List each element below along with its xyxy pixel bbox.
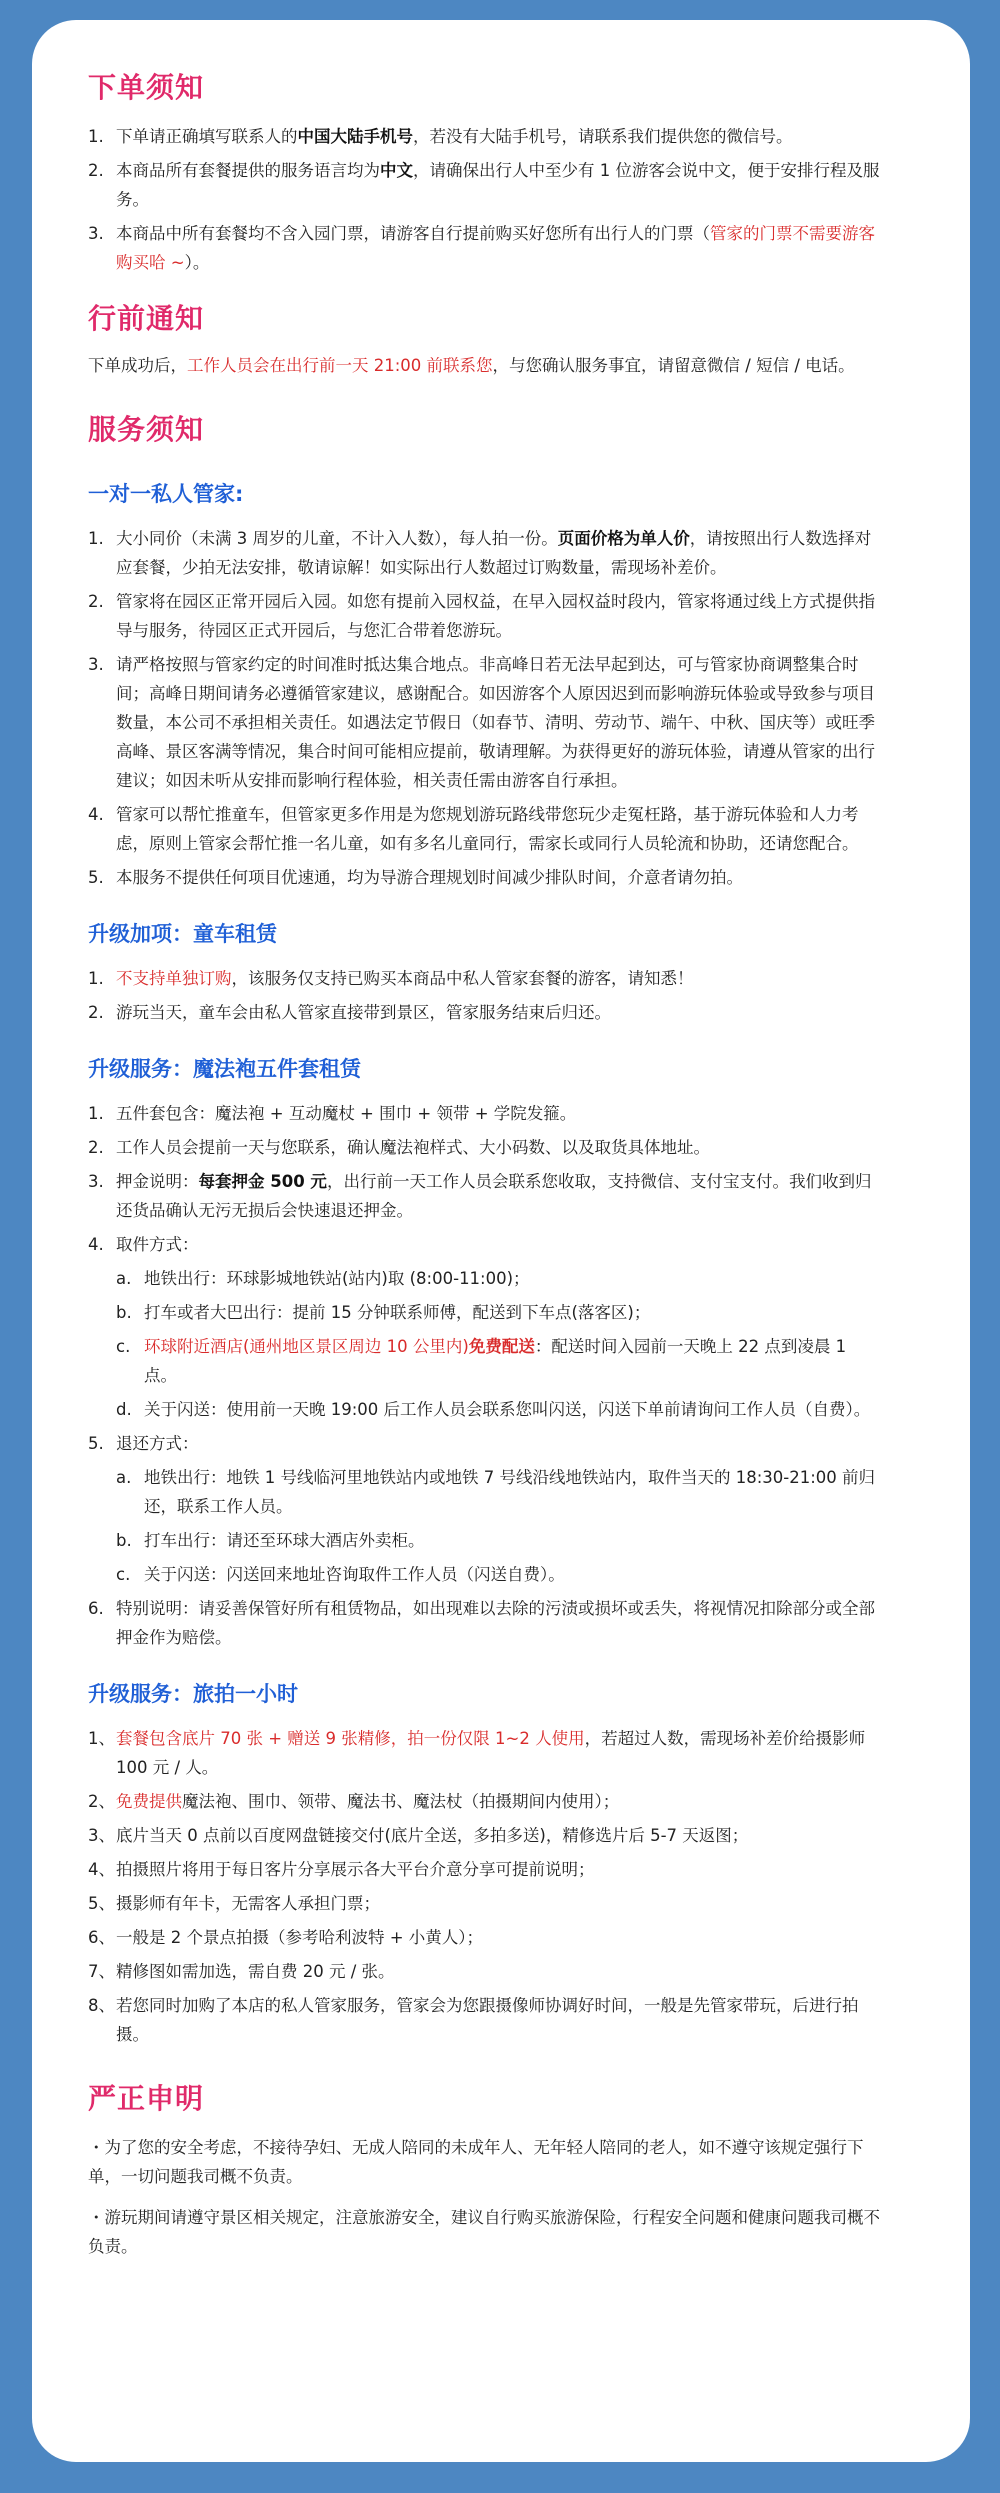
list-item: 1. 不支持单独订购，该服务仅支持已购买本商品中私人管家套餐的游客，请知悉！ bbox=[88, 964, 882, 993]
list-item: 1.五件套包含：魔法袍 + 互动魔杖 + 围巾 + 领带 + 学院发箍。 bbox=[88, 1099, 882, 1128]
list-item: 4、拍摄照片将用于每日客片分享展示各大平台介意分享可提前说明； bbox=[88, 1855, 882, 1884]
list-item: 4.取件方式： bbox=[88, 1230, 882, 1259]
sub-list-item: b.打车或者大巴出行：提前 15 分钟联系师傅，配送到下车点(落客区)； bbox=[88, 1298, 882, 1327]
photo-title: 升级服务：旅拍一小时 bbox=[88, 1678, 882, 1710]
list-item: 1、套餐包含底片 70 张 + 赠送 9 张精修，拍一份仅限 1~2 人使用，若… bbox=[88, 1724, 882, 1782]
robe-section: 升级服务：魔法袍五件套租赁 1.五件套包含：魔法袍 + 互动魔杖 + 围巾 + … bbox=[88, 1053, 882, 1652]
list-item: 3. 本商品中所有套餐均不含入园门票，请游客自行提前购买好您所有出行人的门票（管… bbox=[88, 219, 882, 277]
sub-list-item: d.关于闪送：使用前一天晚 19:00 后工作人员会联系您叫闪送，闪送下单前请询… bbox=[88, 1395, 882, 1424]
pre-trip-text: 下单成功后，工作人员会在出行前一天 21:00 前联系您，与您确认服务事宜，请留… bbox=[88, 351, 882, 380]
list-item: 1. 大小同价（未满 3 周岁的儿童，不计入人数），每人拍一份。页面价格为单人价… bbox=[88, 524, 882, 582]
photo-section: 升级服务：旅拍一小时 1、套餐包含底片 70 张 + 赠送 9 张精修，拍一份仅… bbox=[88, 1678, 882, 2049]
order-notice-title: 下单须知 bbox=[88, 68, 882, 108]
list-item: 8、若您同时加购了本店的私人管家服务，管家会为您跟摄像师协调好时间，一般是先管家… bbox=[88, 1991, 882, 2049]
list-item: 3. 请严格按照与管家约定的时间准时抵达集合地点。非高峰日若无法早起到达，可与管… bbox=[88, 650, 882, 795]
statement-item: ・游玩期间请遵守景区相关规定，注意旅游安全，建议自行购买旅游保险，行程安全问题和… bbox=[88, 2203, 882, 2261]
stroller-section: 升级加项：童车租赁 1. 不支持单独订购，该服务仅支持已购买本商品中私人管家套餐… bbox=[88, 918, 882, 1027]
list-item: 5.退还方式： bbox=[88, 1429, 882, 1458]
statement-section: 严正申明 ・为了您的安全考虑，不接待孕妇、无成人陪同的未成年人、无年轻人陪同的老… bbox=[88, 2079, 882, 2261]
list-item: 2. 管家将在园区正常开园后入园。如您有提前入园权益，在早入园权益时段内，管家将… bbox=[88, 587, 882, 645]
list-item: 4. 管家可以帮忙推童车，但管家更多作用是为您规划游玩路线带您玩少走冤枉路，基于… bbox=[88, 800, 882, 858]
sub-list-item: c.环球附近酒店(通州地区景区周边 10 公里内)免费配送：配送时间入园前一天晚… bbox=[88, 1332, 882, 1390]
statement-item: ・为了您的安全考虑，不接待孕妇、无成人陪同的未成年人、无年轻人陪同的老人，如不遵… bbox=[88, 2133, 882, 2191]
list-item: 1. 下单请正确填写联系人的中国大陆手机号，若没有大陆手机号，请联系我们提供您的… bbox=[88, 122, 882, 151]
stroller-title: 升级加项：童车租赁 bbox=[88, 918, 882, 950]
robe-title: 升级服务：魔法袍五件套租赁 bbox=[88, 1053, 882, 1085]
pre-trip-section: 行前通知 下单成功后，工作人员会在出行前一天 21:00 前联系您，与您确认服务… bbox=[88, 299, 882, 380]
sub-list-item: a.地铁出行：环球影城地铁站(站内)取 (8:00-11:00)； bbox=[88, 1264, 882, 1293]
service-notice-title: 服务须知 bbox=[88, 410, 882, 450]
list-item: 2、免费提供魔法袍、围巾、领带、魔法书、魔法杖（拍摄期间内使用）； bbox=[88, 1787, 882, 1816]
sub-list-item: a.地铁出行：地铁 1 号线临河里地铁站内或地铁 7 号线沿线地铁站内，取件当天… bbox=[88, 1463, 882, 1521]
statement-title: 严正申明 bbox=[88, 2079, 882, 2119]
pre-trip-title: 行前通知 bbox=[88, 299, 882, 339]
list-item: 6、一般是 2 个景点拍摄（参考哈利波特 + 小黄人）； bbox=[88, 1923, 882, 1952]
sub-list-item: c.关于闪送：闪送回来地址咨询取件工作人员（闪送自费）。 bbox=[88, 1560, 882, 1589]
list-item: 3.押金说明：每套押金 500 元，出行前一天工作人员会联系您收取，支持微信、支… bbox=[88, 1167, 882, 1225]
order-notice-section: 下单须知 1. 下单请正确填写联系人的中国大陆手机号，若没有大陆手机号，请联系我… bbox=[88, 68, 882, 277]
list-item: 2. 本商品所有套餐提供的服务语言均为中文，请确保出行人中至少有 1 位游客会说… bbox=[88, 156, 882, 214]
butler-section: 一对一私人管家: 1. 大小同价（未满 3 周岁的儿童，不计入人数），每人拍一份… bbox=[88, 478, 882, 892]
list-item: 5. 本服务不提供任何项目优速通，均为导游合理规划时间减少排队时间，介意者请勿拍… bbox=[88, 863, 882, 892]
butler-title: 一对一私人管家: bbox=[88, 478, 882, 510]
list-item: 2.工作人员会提前一天与您联系，确认魔法袍样式、大小码数、以及取货具体地址。 bbox=[88, 1133, 882, 1162]
list-item: 6.特别说明：请妥善保管好所有租赁物品，如出现难以去除的污渍或损坏或丢失，将视情… bbox=[88, 1594, 882, 1652]
list-item: 7、精修图如需加选，需自费 20 元 / 张。 bbox=[88, 1957, 882, 1986]
list-item: 3、底片当天 0 点前以百度网盘链接交付(底片全送，多拍多送)，精修选片后 5-… bbox=[88, 1821, 882, 1850]
list-item: 2. 游玩当天，童车会由私人管家直接带到景区，管家服务结束后归还。 bbox=[88, 998, 882, 1027]
sub-list-item: b.打车出行：请还至环球大酒店外卖柜。 bbox=[88, 1526, 882, 1555]
list-item: 5、摄影师有年卡，无需客人承担门票； bbox=[88, 1889, 882, 1918]
notice-card: 下单须知 1. 下单请正确填写联系人的中国大陆手机号，若没有大陆手机号，请联系我… bbox=[32, 20, 970, 2462]
